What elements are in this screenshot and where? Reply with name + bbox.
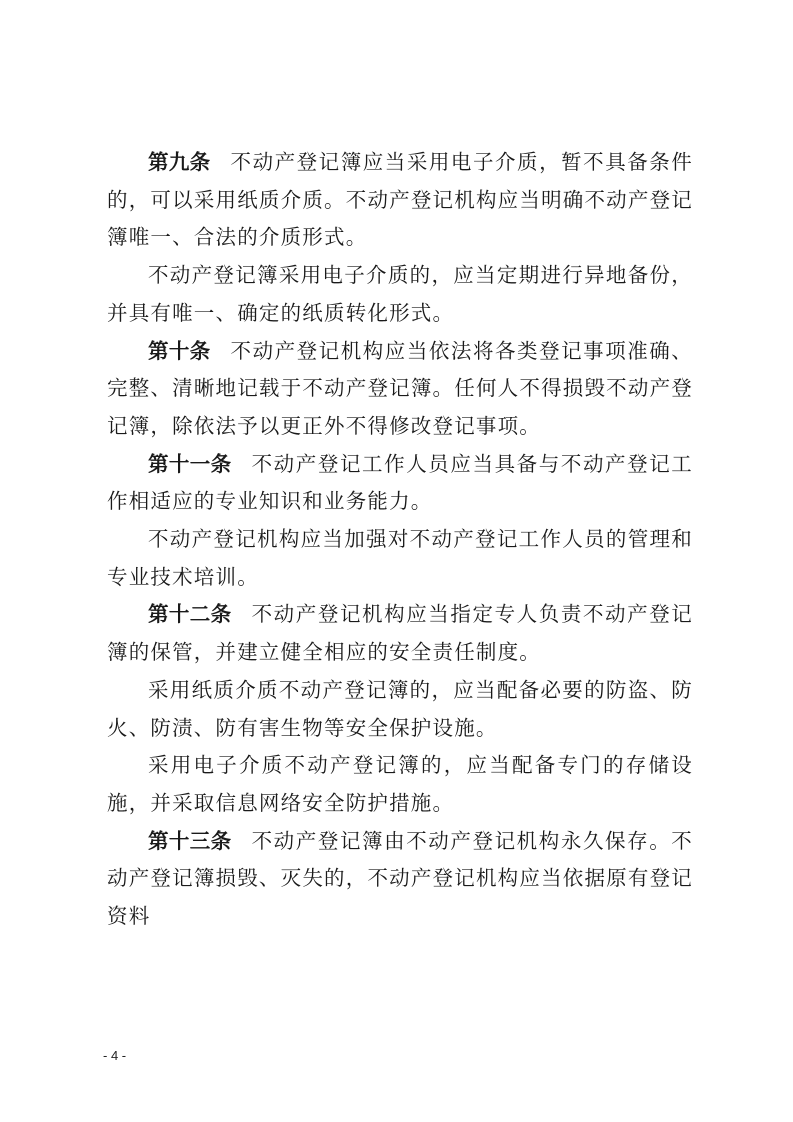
paragraph-article-10: 第十条不动产登记机构应当依法将各类登记事项准确、完整、清晰地记载于不动产登记簿。… bbox=[107, 333, 693, 446]
paragraph-article-11-2: 不动产登记机构应当加强对不动产登记工作人员的管理和专业技术培训。 bbox=[107, 521, 693, 596]
paragraph-article-11: 第十一条不动产登记工作人员应当具备与不动产登记工作相适应的专业知识和业务能力。 bbox=[107, 446, 693, 521]
paragraph-text: 采用纸质介质不动产登记簿的，应当配备必要的防盗、防火、防渍、防有害生物等安全保护… bbox=[107, 678, 693, 740]
paragraph-article-12-2: 采用纸质介质不动产登记簿的，应当配备必要的防盗、防火、防渍、防有害生物等安全保护… bbox=[107, 672, 693, 747]
paragraph-article-13: 第十三条不动产登记簿由不动产登记机构永久保存。不动产登记簿损毁、灭失的，不动产登… bbox=[107, 823, 693, 936]
article-heading: 第十二条 bbox=[148, 602, 232, 626]
paragraph-text: 不动产登记簿采用电子介质的，应当定期进行异地备份，并具有唯一、确定的纸质转化形式… bbox=[107, 263, 693, 325]
article-heading: 第十条 bbox=[148, 339, 211, 363]
paragraph-article-12: 第十二条不动产登记机构应当指定专人负责不动产登记簿的保管，并建立健全相应的安全责… bbox=[107, 596, 693, 671]
paragraph-text: 不动产登记机构应当加强对不动产登记工作人员的管理和专业技术培训。 bbox=[107, 527, 693, 589]
paragraph-text: 采用电子介质不动产登记簿的，应当配备专门的存储设施，并采取信息网络安全防护措施。 bbox=[107, 753, 693, 815]
paragraph-article-9-2: 不动产登记簿采用电子介质的，应当定期进行异地备份，并具有唯一、确定的纸质转化形式… bbox=[107, 257, 693, 332]
article-heading: 第十三条 bbox=[148, 829, 232, 853]
paragraph-article-12-3: 采用电子介质不动产登记簿的，应当配备专门的存储设施，并采取信息网络安全防护措施。 bbox=[107, 747, 693, 822]
article-heading: 第十一条 bbox=[148, 452, 232, 476]
paragraph-article-9: 第九条不动产登记簿应当采用电子介质，暂不具备条件的，可以采用纸质介质。不动产登记… bbox=[107, 144, 693, 257]
page-number: - 4 - bbox=[103, 1048, 126, 1063]
article-heading: 第九条 bbox=[148, 150, 211, 174]
document-body: 第九条不动产登记簿应当采用电子介质，暂不具备条件的，可以采用纸质介质。不动产登记… bbox=[107, 144, 693, 936]
